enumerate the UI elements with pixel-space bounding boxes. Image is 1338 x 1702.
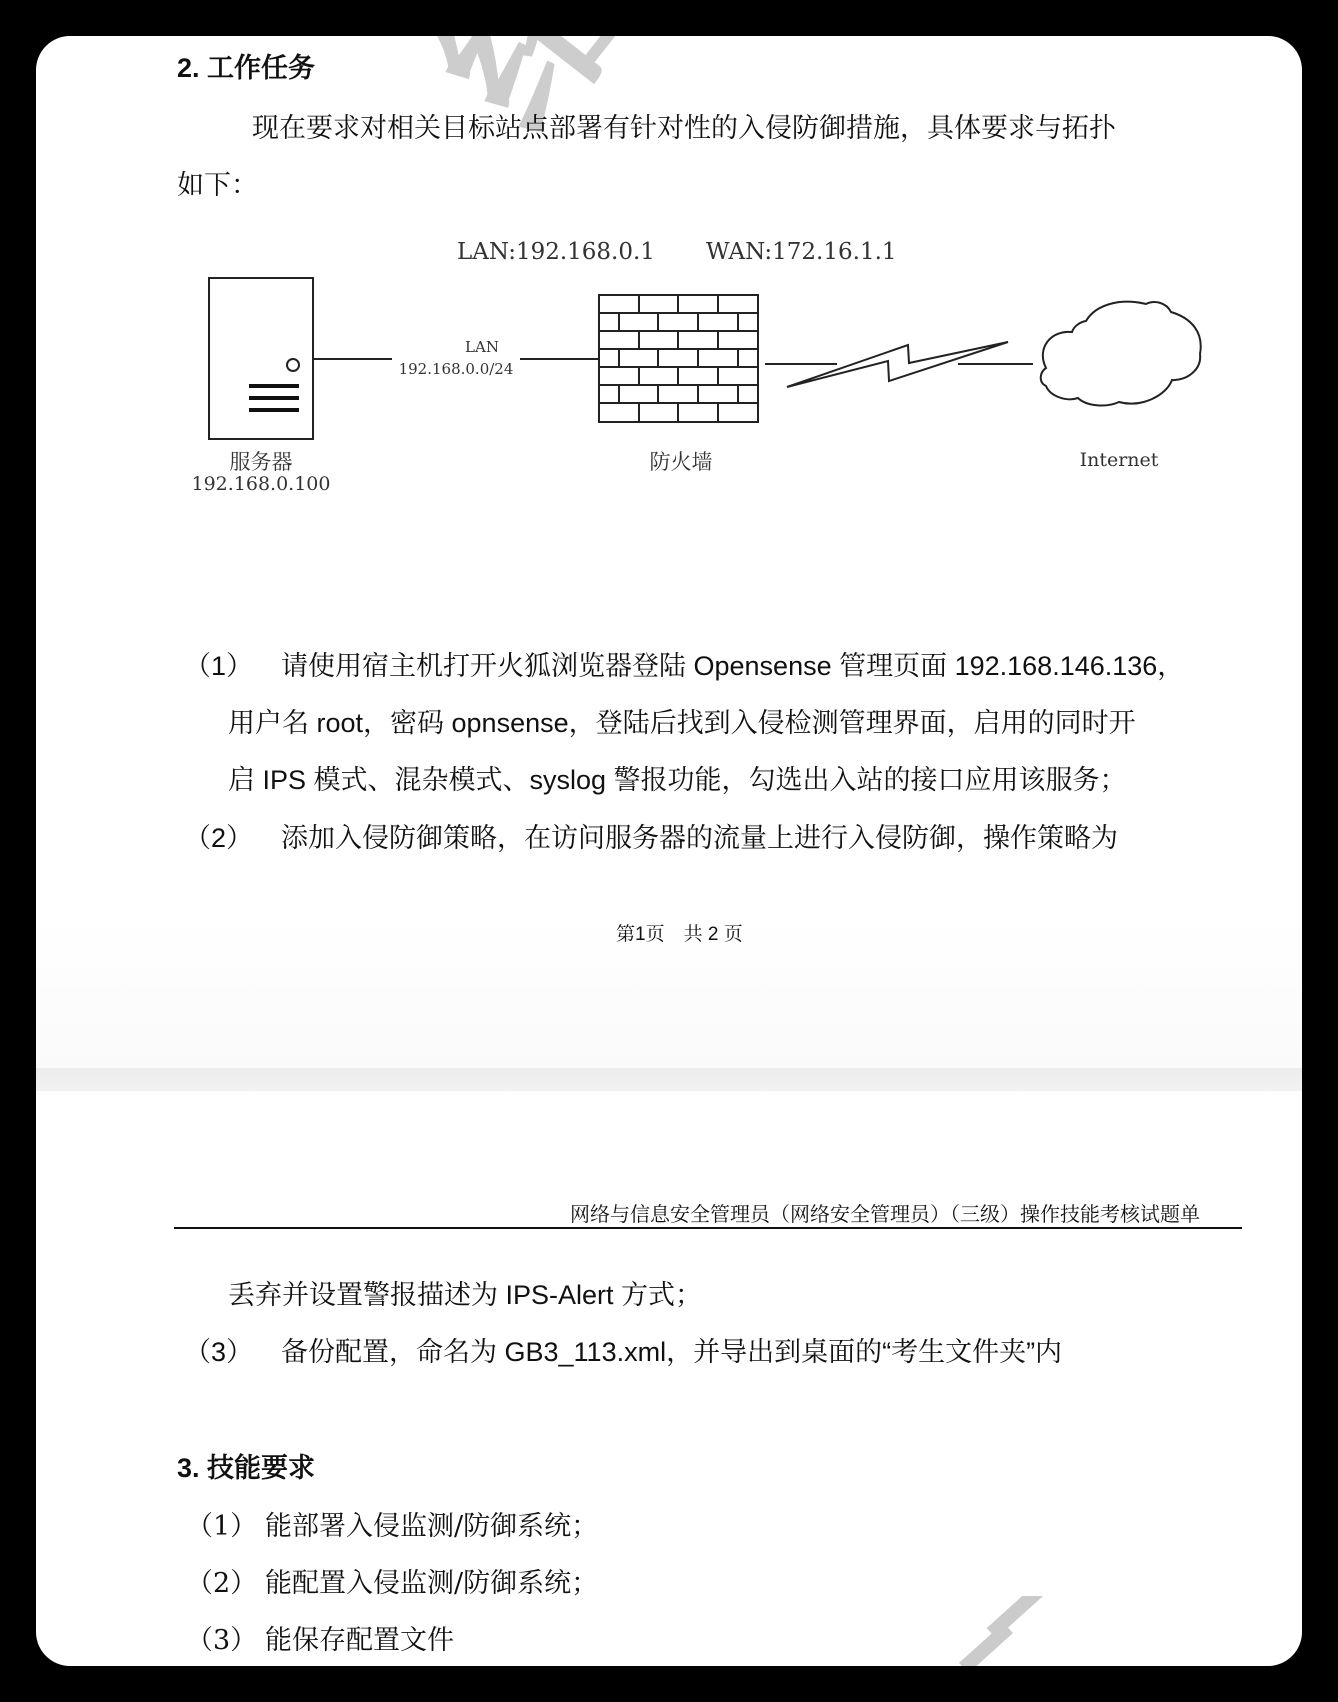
- link-subnet: 192.168.0.0/24: [392, 360, 520, 378]
- task-2-line-1: 添加入侵防御策略，在访问服务器的流量上进行入侵防御，操作策略为: [281, 816, 1118, 855]
- internet-label: Internet: [1059, 449, 1179, 471]
- section-heading-skill-requirements: 3. 技能要求: [177, 1446, 315, 1485]
- document-viewer[interactable]: 络三研 2. 工作任务 现在要求对相关目标站点部署有针对性的入侵防御措施，具体要…: [36, 36, 1302, 1666]
- cloud-icon: [1041, 302, 1201, 406]
- task-1-line-3: 启 IPS 模式、混杂模式、syslog 警报功能，勾选出入站的接口应用该服务；: [228, 758, 1127, 797]
- task-2-number: （2）: [184, 816, 253, 855]
- skill-1-text: 能部署入侵监测/防御系统；: [265, 1504, 598, 1543]
- firewall-wan-ip: WAN:172.16.1.1: [706, 239, 897, 265]
- skill-3-number: （3）: [186, 1618, 257, 1657]
- skill-1-number: （1）: [186, 1504, 257, 1543]
- task-3-line-1: 备份配置，命名为 GB3_113.xml，并导出到桌面的“考生文件夹”内: [281, 1330, 1062, 1369]
- server-label: 服务器: [191, 446, 331, 476]
- server-ip: 192.168.0.100: [171, 473, 351, 495]
- firewall-icon: [599, 295, 758, 422]
- skill-2-number: （2）: [186, 1561, 257, 1600]
- firewall-label: 防火墙: [611, 446, 751, 476]
- task-3-number: （3）: [184, 1330, 253, 1369]
- skill-3-text: 能保存配置文件: [265, 1618, 454, 1657]
- task-1-number: （1）: [184, 644, 253, 683]
- link-label: LAN: [442, 338, 522, 356]
- skill-2-text: 能配置入侵监测/防御系统；: [265, 1561, 598, 1600]
- task-1-line-1: 请使用宿主机打开火狐浏览器登陆 Opensense 管理页面 192.168.1…: [281, 644, 1184, 683]
- task-1-line-2: 用户名 root，密码 opnsense，登陆后找到入侵检测管理界面，启用的同时…: [228, 701, 1136, 740]
- page-number-footer: 第1页 共 2 页: [616, 919, 743, 946]
- page-2-header: 网络与信息安全管理员（网络安全管理员）（三级）操作技能考核试题单: [570, 1198, 1200, 1227]
- header-rule: [174, 1227, 1242, 1229]
- server-icon: [209, 278, 313, 439]
- watermark-fragment-bottom: [936, 1596, 1136, 1666]
- firewall-lan-ip: LAN:192.168.0.1: [457, 239, 655, 265]
- topology-svg: [36, 36, 1302, 516]
- page-break: [36, 1068, 1302, 1091]
- task-2-line-2: 丢弃并设置警报描述为 IPS-Alert 方式；: [228, 1273, 702, 1312]
